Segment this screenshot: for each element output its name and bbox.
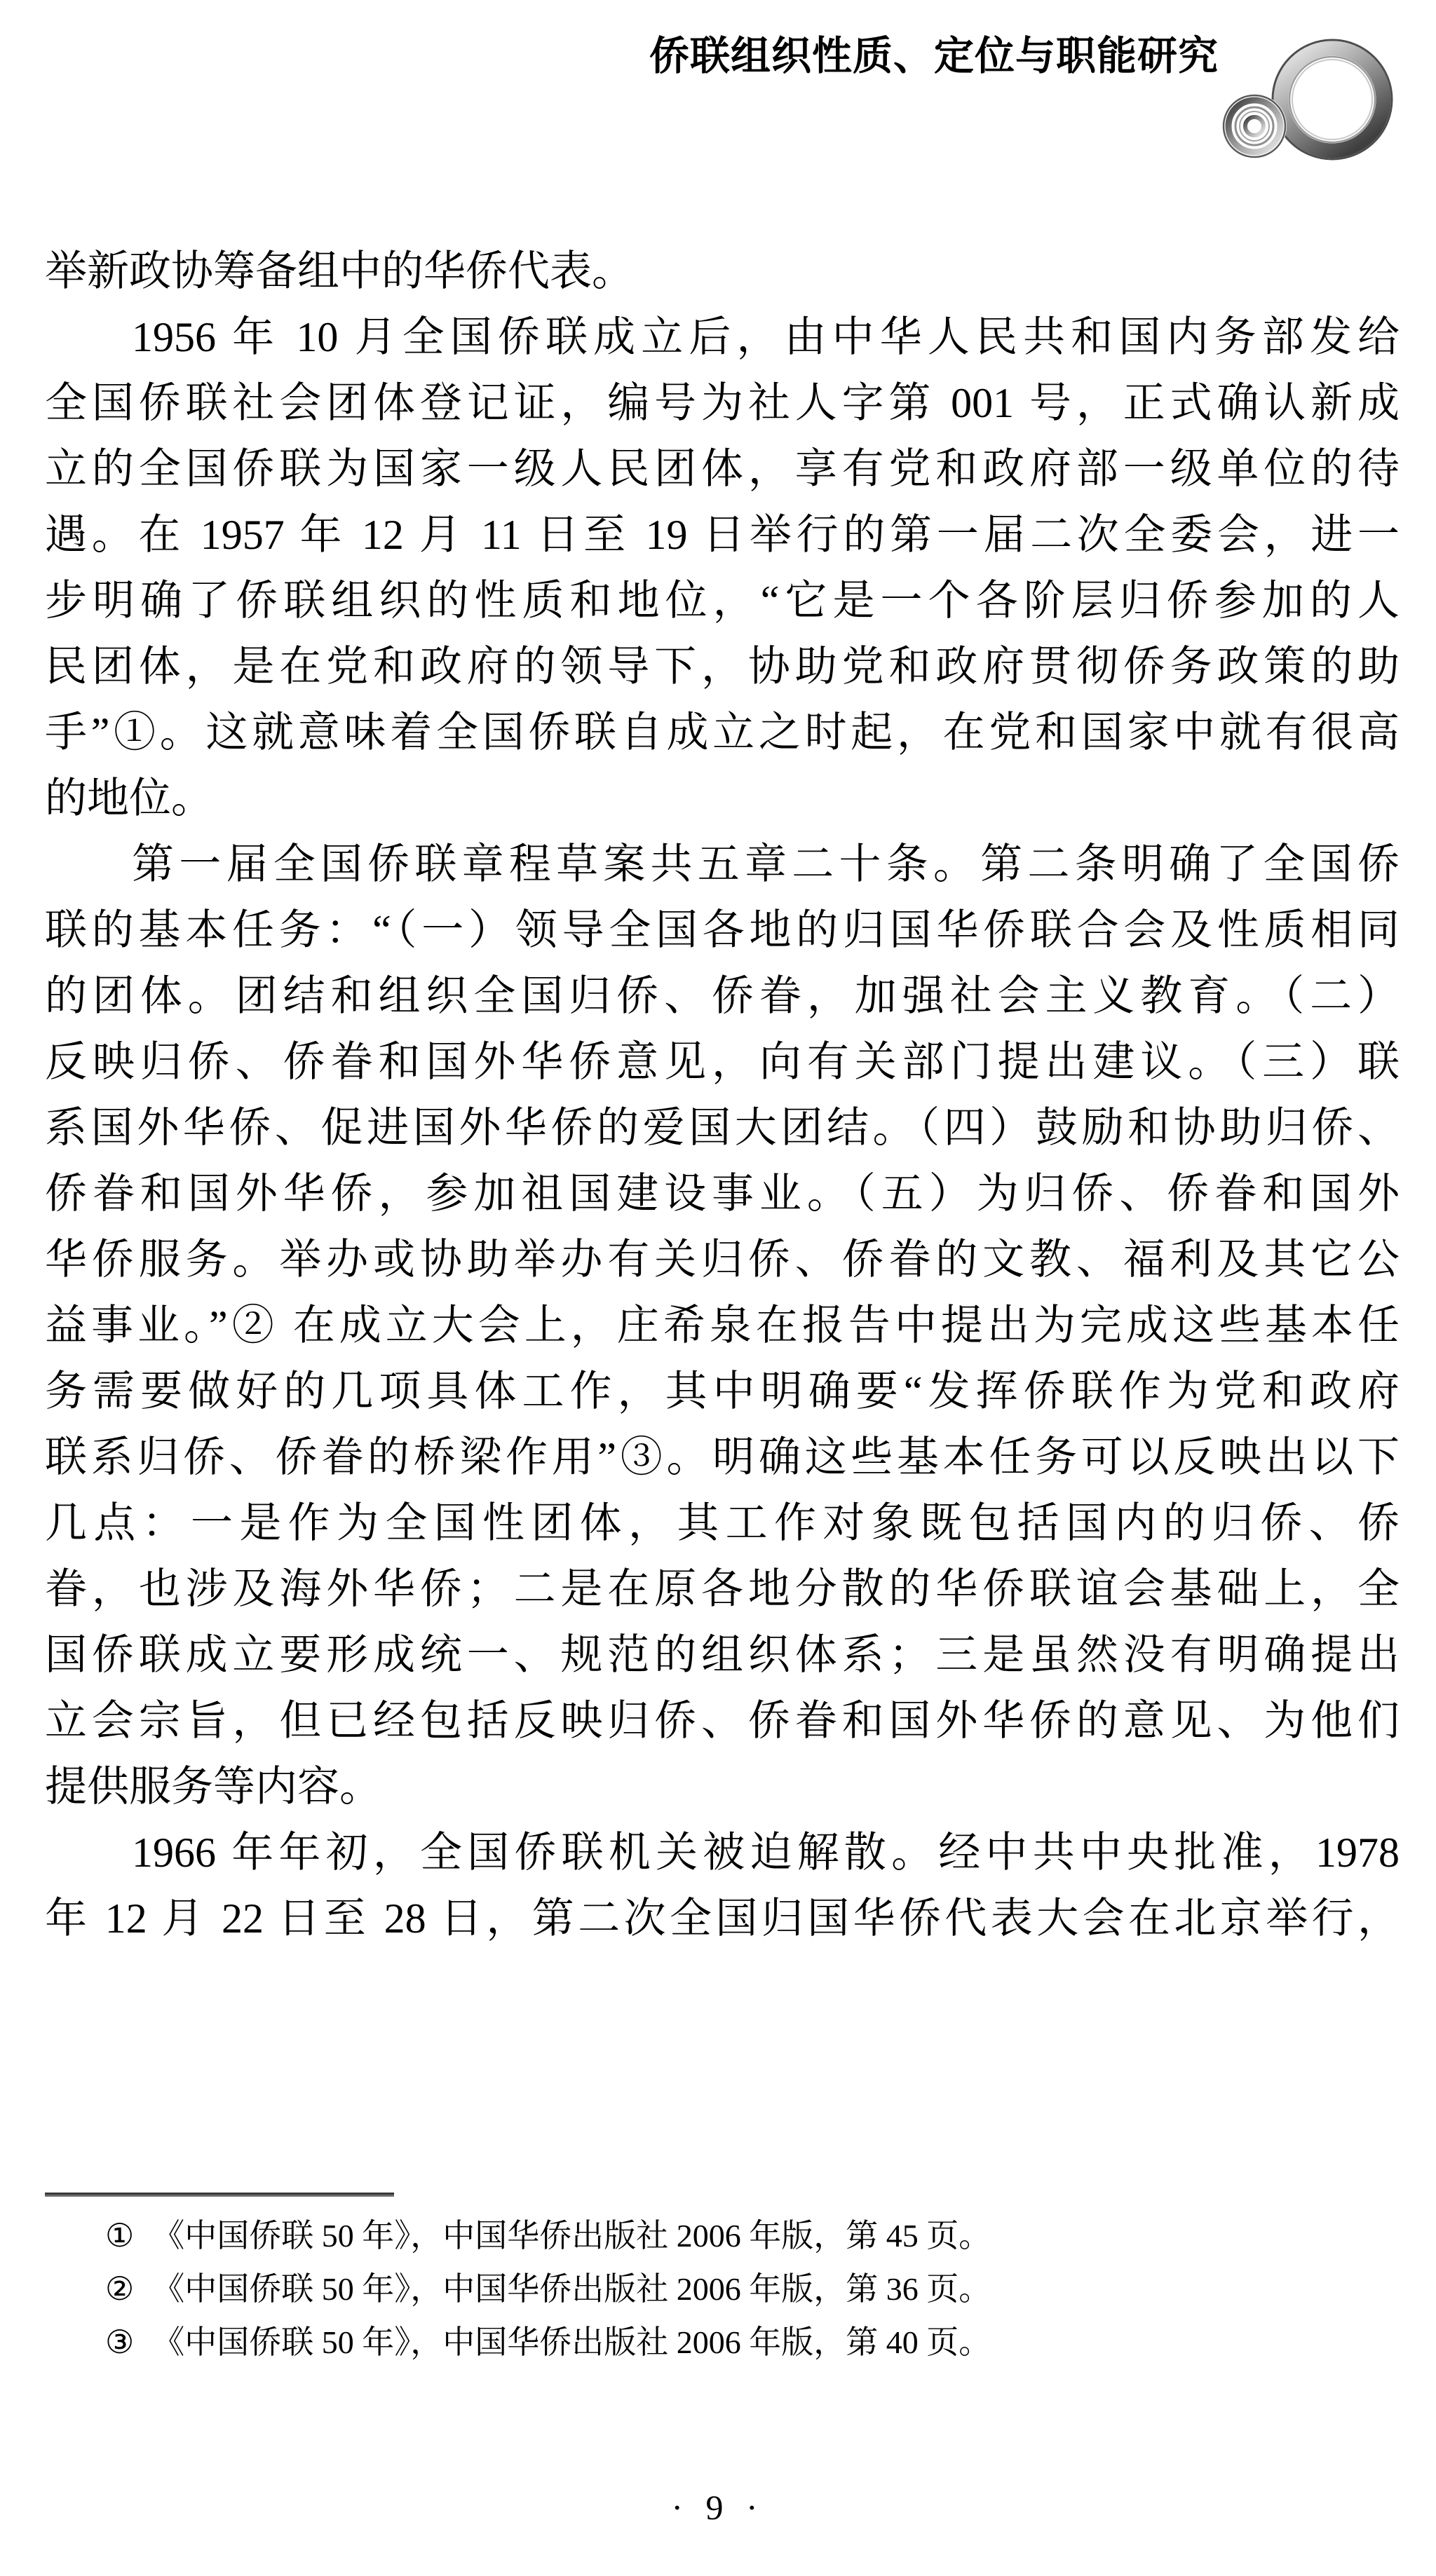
footnote: ①《中国侨联 50 年》，中国华侨出版社 2006 年版，第 45 页。 [105, 2214, 1367, 2267]
footnote-marker: ③ [105, 2320, 134, 2365]
footnote-text: 《中国侨联 50 年》，中国华侨出版社 2006 年版，第 40 页。 [152, 2324, 991, 2360]
body-line: 的团体。团结和组织全国归侨、侨眷，加强社会主义教育。（二） [45, 963, 1400, 1029]
footnote: ③《中国侨联 50 年》，中国华侨出版社 2006 年版，第 40 页。 [105, 2320, 1367, 2373]
body-line: 年 12 月 22 日至 28 日，第二次全国归国华侨代表大会在北京举行， [45, 1886, 1400, 1951]
body-line: 联系归侨、侨眷的桥梁作用”③。明确这些基本任务可以反映出以下 [45, 1424, 1400, 1490]
body-line: 立会宗旨，但已经包括反映归侨、侨眷和国外华侨的意见、为他们 [45, 1688, 1400, 1754]
body-line: 侨眷和国外华侨，参加祖国建设事业。（五）为归侨、侨眷和国外 [45, 1161, 1400, 1227]
body-line: 几点：一是作为全国性团体，其工作对象既包括国内的归侨、侨 [45, 1490, 1400, 1556]
footnote-marker: ① [105, 2214, 134, 2258]
body-line: 举新政协筹备组中的华侨代表。 [45, 238, 1400, 304]
footnotes: ①《中国侨联 50 年》，中国华侨出版社 2006 年版，第 45 页。 ②《中… [105, 2214, 1367, 2373]
footnote: ②《中国侨联 50 年》，中国华侨出版社 2006 年版，第 36 页。 [105, 2267, 1367, 2320]
body-line: 遇。在 1957 年 12 月 11 日至 19 日举行的第一届二次全委会，进一 [45, 502, 1400, 568]
body-line: 眷，也涉及海外华侨；二是在原各地分散的华侨联谊会基础上，全 [45, 1556, 1400, 1622]
body-line: 民团体，是在党和政府的领导下，协助党和政府贯彻侨务政策的助 [45, 634, 1400, 700]
body-line: 的地位。 [45, 765, 1400, 831]
body-line: 系国外华侨、促进国外华侨的爱国大团结。（四）鼓励和协助归侨、 [45, 1095, 1400, 1161]
body-line: 1956 年 10 月全国侨联成立后，由中华人民共和国内务部发给 [45, 304, 1400, 370]
body-line: 国侨联成立要形成统一、规范的组织体系；三是虽然没有明确提出 [45, 1622, 1400, 1688]
body-line: 手”①。这就意味着全国侨联自成立之时起，在党和国家中就有很高 [45, 700, 1400, 765]
body-line: 提供服务等内容。 [45, 1754, 1400, 1820]
book-page: 侨联组织性质、定位与职能研究 [0, 0, 1436, 2576]
body-line: 益事业。”② 在成立大会上，庄希泉在报告中提出为完成这些基本任 [45, 1293, 1400, 1358]
body-line: 立的全国侨联为国家一级人民团体，享有党和政府部一级单位的待 [45, 436, 1400, 502]
body-line: 联的基本任务：“（一）领导全国各地的归国华侨联合会及性质相同 [45, 897, 1400, 963]
body-text: 举新政协筹备组中的华侨代表。 1956 年 10 月全国侨联成立后，由中华人民共… [45, 238, 1400, 1951]
body-line: 第一届全国侨联章程草案共五章二十条。第二条明确了全国侨 [45, 831, 1400, 897]
double-rings-logo-icon [1221, 15, 1432, 187]
footnote-marker: ② [105, 2267, 134, 2312]
footnote-separator [45, 2193, 394, 2197]
footnote-text: 《中国侨联 50 年》，中国华侨出版社 2006 年版，第 45 页。 [152, 2218, 991, 2254]
body-line: 1966 年年初，全国侨联机关被迫解散。经中共中央批准，1978 [45, 1820, 1400, 1886]
page-number: · 9 · [0, 2487, 1436, 2528]
footnote-text: 《中国侨联 50 年》，中国华侨出版社 2006 年版，第 36 页。 [152, 2271, 991, 2307]
body-line: 步明确了侨联组织的性质和地位，“它是一个各阶层归侨参加的人 [45, 568, 1400, 634]
body-line: 反映归侨、侨眷和国外华侨意见，向有关部门提出建议。（三）联 [45, 1029, 1400, 1095]
body-line: 华侨服务。举办或协助举办有关归侨、侨眷的文教、福利及其它公 [45, 1227, 1400, 1293]
body-line: 全国侨联社会团体登记证，编号为社人字第 001 号，正式确认新成 [45, 370, 1400, 436]
body-line: 务需要做好的几项具体工作，其中明确要“发挥侨联作为党和政府 [45, 1358, 1400, 1424]
running-head-title: 侨联组织性质、定位与职能研究 [649, 36, 1219, 76]
